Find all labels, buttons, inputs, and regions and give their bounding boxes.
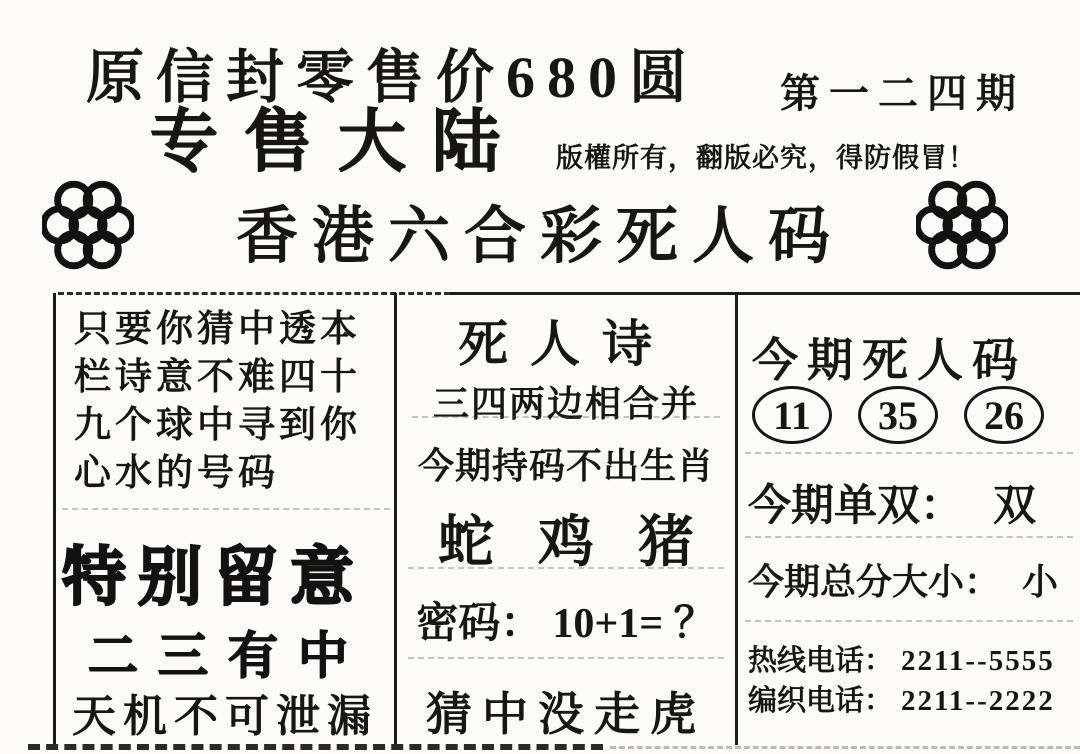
odd-even-value: 双	[993, 483, 1036, 530]
hotline-phone-line: 热线电话：2211--5555	[748, 638, 1055, 679]
password-label: 密码：	[416, 601, 542, 647]
dead-number-circle: 35	[858, 386, 938, 444]
weave-label: 编织电话：	[748, 685, 893, 717]
verse-line: 今期持码不出生肖	[397, 438, 735, 489]
zodiac-sign: 蛇	[438, 498, 494, 578]
top-rule-right	[450, 292, 1080, 295]
odd-even-label: 今期单双：	[748, 483, 963, 530]
dead-number-row: 11 35 26	[752, 386, 1044, 444]
dead-number-circle: 26	[964, 386, 1044, 444]
verse-line: 三四两边相合并	[397, 376, 735, 427]
hotline-label: 热线电话：	[748, 645, 893, 677]
password-line: 密码：10+1= ？	[397, 590, 735, 650]
faint-separator	[408, 657, 724, 659]
faint-separator	[745, 620, 1073, 622]
two-three-hit-text: 二三有中	[88, 616, 368, 688]
heaven-secret-text: 天机不可泄漏	[72, 680, 378, 744]
weave-phone-line: 编织电话：2211--2222	[748, 678, 1055, 719]
faint-separator	[408, 567, 724, 569]
hotline-number: 2211--5555	[901, 645, 1055, 677]
exclusive-sale-slogan: 专售大陆	[150, 88, 526, 185]
total-size-value: 小	[1022, 562, 1058, 602]
column-divider	[53, 293, 56, 745]
dead-poem-title: 死人诗	[397, 304, 735, 376]
weave-number: 2211--2222	[901, 685, 1055, 717]
faint-separator	[745, 452, 1073, 454]
zodiac-sign: 猪	[638, 498, 694, 578]
tiger-hint-line: 猜中没走虎	[397, 678, 735, 744]
poem-line: 栏诗意不难四十	[74, 354, 361, 402]
dead-code-title: 今期死人码	[752, 324, 1027, 390]
poem-block: 只要你猜中透本 栏诗意不难四十 九个球中寻到你 心水的号码	[74, 306, 361, 498]
top-rule-left	[58, 292, 450, 295]
zodiac-row: 蛇 鸡 猪	[397, 498, 735, 578]
special-attention-text: 特别留意	[62, 526, 366, 618]
page-title: 香港六合彩死人码	[0, 186, 1080, 275]
dead-number-circle: 11	[752, 386, 832, 444]
odd-even-line: 今期单双：双	[748, 472, 1036, 533]
column-divider	[735, 293, 738, 745]
scanned-lottery-flyer: 原信封零售价680圆 第一二四期 专售大陆 版權所有，翻版必究，得防假冒！	[0, 0, 1080, 754]
faint-separator	[745, 536, 1073, 538]
faint-separator	[62, 508, 390, 510]
issue-number: 第一二四期	[780, 62, 1025, 119]
zodiac-sign: 鸡	[538, 498, 594, 578]
poem-line: 九个球中寻到你	[74, 402, 361, 450]
scan-edge-dashes	[28, 744, 603, 750]
password-value: 10+1= ？	[552, 601, 715, 647]
total-size-line: 今期总分大小：小	[748, 554, 1058, 605]
faint-separator	[412, 416, 720, 418]
total-size-label: 今期总分大小：	[748, 562, 1000, 602]
poem-line: 只要你猜中透本	[74, 306, 361, 354]
copyright-notice: 版權所有，翻版必究，得防假冒！	[556, 136, 976, 175]
scan-edge-dashes	[610, 746, 1080, 749]
poem-line: 心水的号码	[74, 450, 361, 498]
